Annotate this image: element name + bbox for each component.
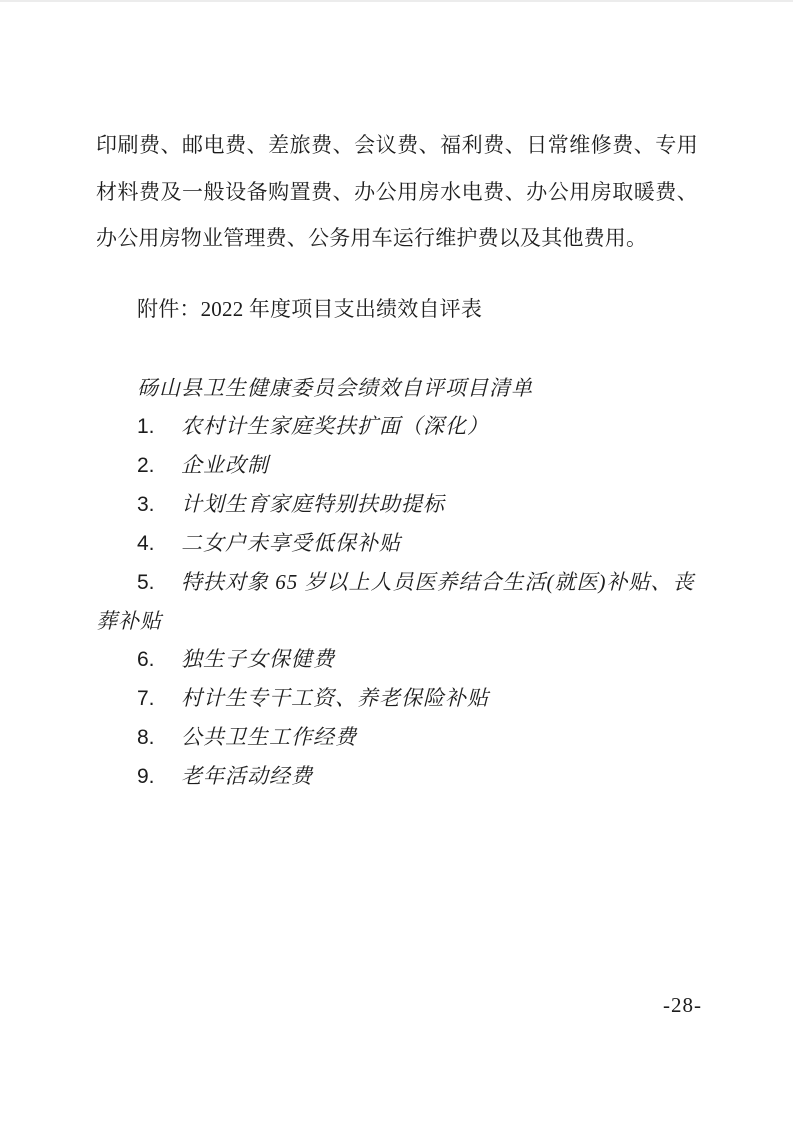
list-item: 6.独生子女保健费 <box>96 640 712 679</box>
body-paragraph: 印刷费、邮电费、差旅费、会议费、福利费、日常维修费、专用材料费及一般设备购置费、… <box>96 122 698 262</box>
list-item-number: 6. <box>137 641 181 679</box>
list-item-number: 5. <box>137 564 181 602</box>
list-item: 8.公共卫生工作经费 <box>96 718 712 757</box>
list-item: 3.计划生育家庭特别扶助提标 <box>96 485 712 524</box>
list-item-number: 2. <box>137 447 181 485</box>
list-title: 砀山县卫生健康委员会绩效自评项目清单 <box>96 369 712 407</box>
document-page: 印刷费、邮电费、差旅费、会议费、福利费、日常维修费、专用材料费及一般设备购置费、… <box>0 0 793 1124</box>
list-item-text: 村计生专干工资、养老保险补贴 <box>181 686 489 710</box>
list-item-text: 二女户未享受低保补贴 <box>181 531 401 555</box>
list-item-text: 公共卫生工作经费 <box>181 725 357 749</box>
list-item: 1.农村计生家庭奖扶扩面（深化） <box>96 407 712 446</box>
list-item: 9.老年活动经费 <box>96 757 712 796</box>
list-item: 2.企业改制 <box>96 446 712 485</box>
list-item-number: 9. <box>137 758 181 796</box>
list-item-text: 老年活动经费 <box>181 764 313 788</box>
attachment-note: 附件：2022 年度项目支出绩效自评表 <box>137 293 482 325</box>
list-item-text: 农村计生家庭奖扶扩面（深化） <box>181 414 489 438</box>
list-item: 7.村计生专干工资、养老保险补贴 <box>96 679 712 718</box>
list-item-number: 4. <box>137 525 181 563</box>
project-list-block: 砀山县卫生健康委员会绩效自评项目清单 1.农村计生家庭奖扶扩面（深化） 2.企业… <box>96 369 712 796</box>
list-item-text: 独生子女保健费 <box>181 647 335 671</box>
list-item-text: 特扶对象 65 岁以上人员医养结合生活(就医)补贴、丧葬补贴 <box>96 570 694 633</box>
list-item: 5.特扶对象 65 岁以上人员医养结合生活(就医)补贴、丧葬补贴 <box>96 563 712 640</box>
page-number: -28- <box>663 993 702 1017</box>
list-item-number: 1. <box>137 408 181 446</box>
list-item: 4.二女户未享受低保补贴 <box>96 524 712 563</box>
list-item-text: 计划生育家庭特别扶助提标 <box>181 492 445 516</box>
list-item-number: 8. <box>137 719 181 757</box>
list-item-text: 企业改制 <box>181 453 269 477</box>
list-item-number: 3. <box>137 486 181 524</box>
list-item-number: 7. <box>137 680 181 718</box>
